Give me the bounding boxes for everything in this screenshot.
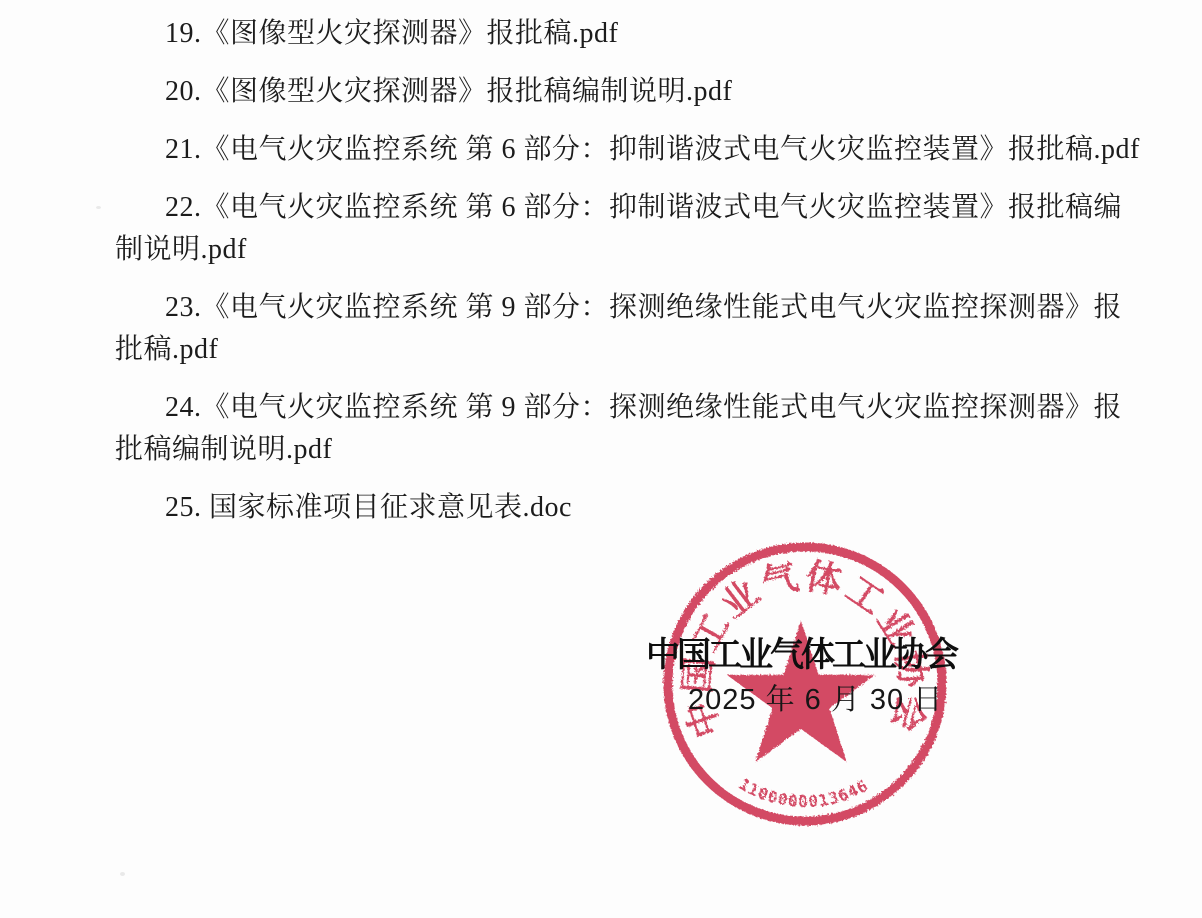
list-item-19: 19.《图像型火灾探测器》报批稿.pdf bbox=[115, 13, 1147, 55]
list-item-21: 21.《电气火灾监控系统 第 6 部分：抑制谐波式电气火灾监控装置》报批稿.pd… bbox=[115, 129, 1147, 171]
list-item-line: 25. 国家标准项目征求意见表.doc bbox=[115, 487, 1147, 529]
list-item-line: 批稿编制说明.pdf bbox=[115, 429, 1147, 471]
document-page: 19.《图像型火灾探测器》报批稿.pdf20.《图像型火灾探测器》报批稿编制说明… bbox=[0, 0, 1202, 918]
list-item-line: 20.《图像型火灾探测器》报批稿编制说明.pdf bbox=[115, 71, 1147, 113]
official-seal: 中国工业气体工业协会 1100000013646 中国工业气体工业协会 2025… bbox=[655, 533, 955, 833]
list-item-23: 23.《电气火灾监控系统 第 9 部分：探测绝缘性能式电气火灾监控探测器》报批稿… bbox=[115, 287, 1147, 371]
list-item-24: 24.《电气火灾监控系统 第 9 部分：探测绝缘性能式电气火灾监控探测器》报批稿… bbox=[115, 387, 1147, 471]
list-item-line: 19.《图像型火灾探测器》报批稿.pdf bbox=[115, 13, 1147, 55]
list-item-line: 24.《电气火灾监控系统 第 9 部分：探测绝缘性能式电气火灾监控探测器》报 bbox=[115, 387, 1147, 429]
list-item-line: 21.《电气火灾监控系统 第 6 部分：抑制谐波式电气火灾监控装置》报批稿.pd… bbox=[115, 129, 1147, 171]
scan-speck bbox=[120, 872, 125, 876]
list-item-line: 制说明.pdf bbox=[115, 229, 1147, 271]
list-item-20: 20.《图像型火灾探测器》报批稿编制说明.pdf bbox=[115, 71, 1147, 113]
list-item-line: 23.《电气火灾监控系统 第 9 部分：探测绝缘性能式电气火灾监控探测器》报 bbox=[115, 287, 1147, 329]
seal-org-name: 中国工业气体工业协会 bbox=[646, 636, 966, 674]
attachment-list: 19.《图像型火灾探测器》报批稿.pdf20.《图像型火灾探测器》报批稿编制说明… bbox=[0, 0, 1202, 545]
scan-speck bbox=[884, 205, 890, 208]
list-item-22: 22.《电气火灾监控系统 第 6 部分：抑制谐波式电气火灾监控装置》报批稿编制说… bbox=[115, 187, 1147, 271]
list-item-line: 批稿.pdf bbox=[115, 329, 1147, 371]
seal-serial-number: 1100000013646 bbox=[736, 774, 873, 811]
seal-date: 2025 年 6 月 30 日 bbox=[688, 683, 943, 717]
scan-speck bbox=[96, 206, 101, 209]
list-item-line: 22.《电气火灾监控系统 第 6 部分：抑制谐波式电气火灾监控装置》报批稿编 bbox=[115, 187, 1147, 229]
list-item-25: 25. 国家标准项目征求意见表.doc bbox=[115, 487, 1147, 529]
